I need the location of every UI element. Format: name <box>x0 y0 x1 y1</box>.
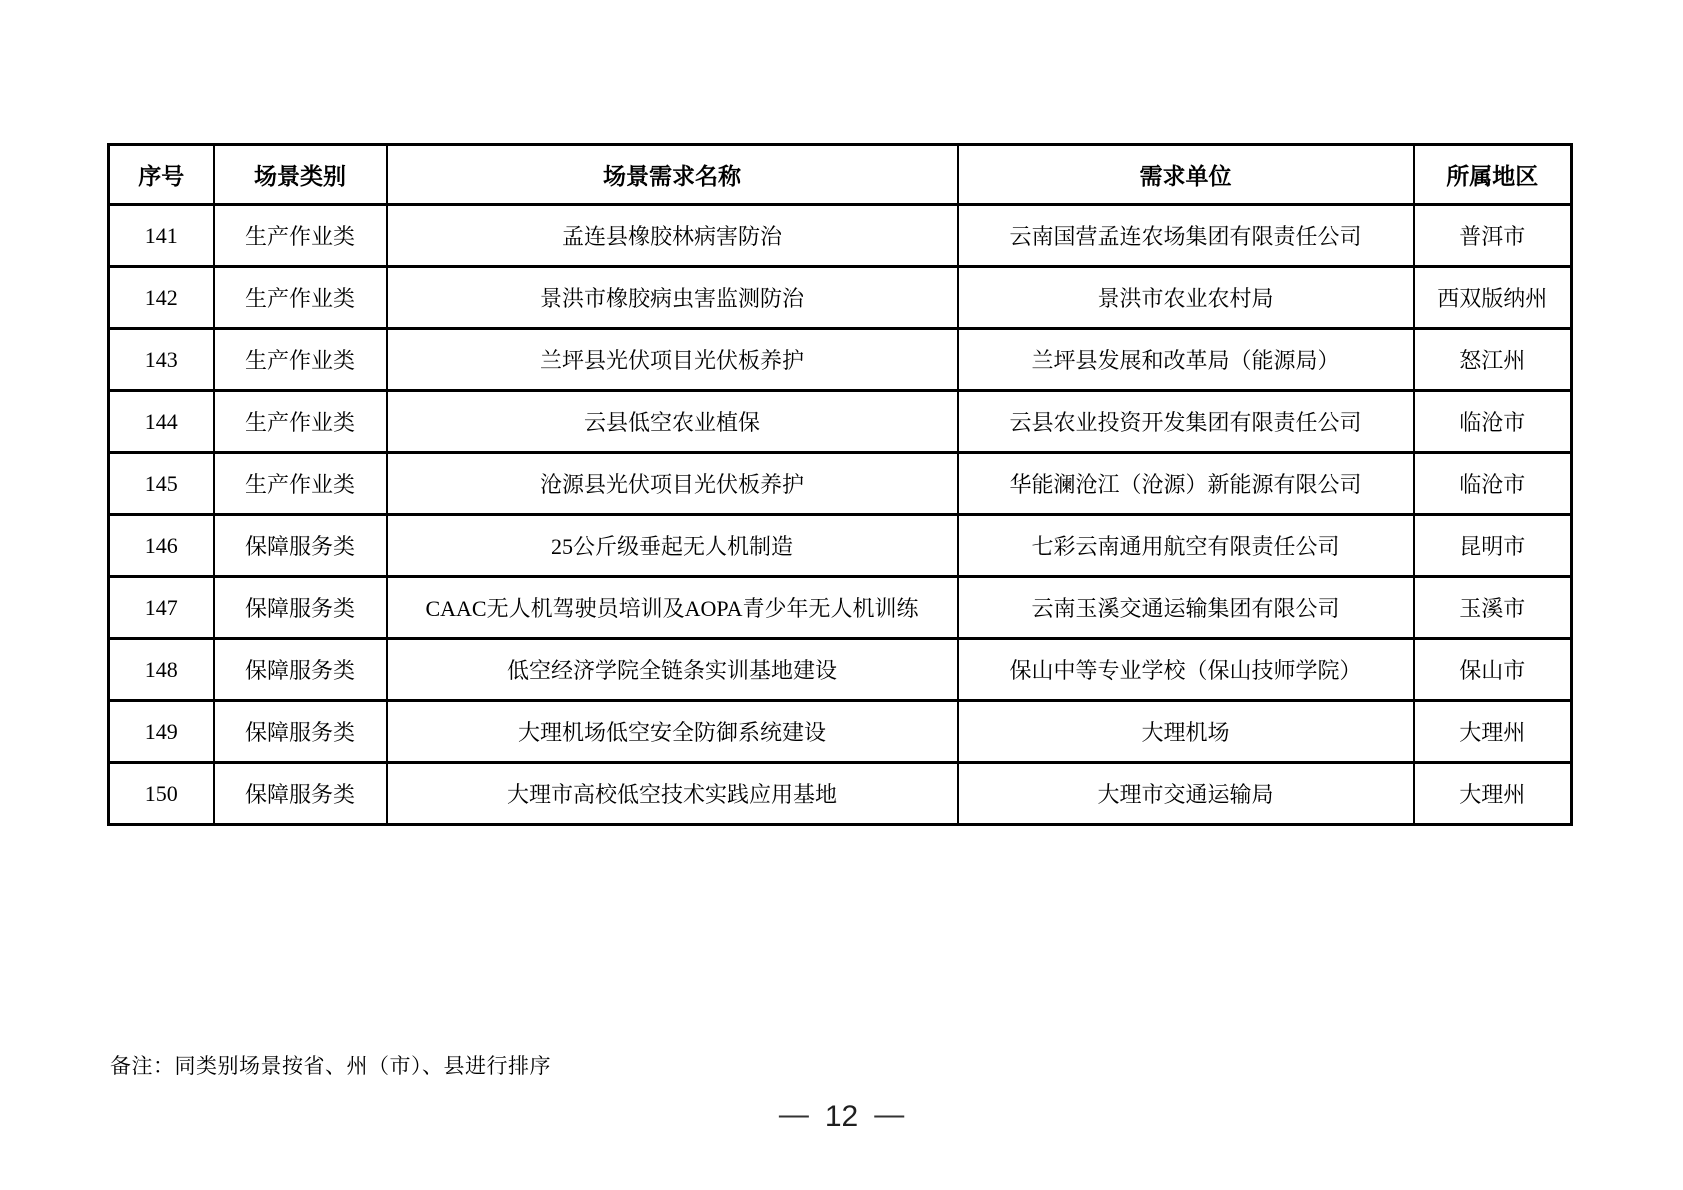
cell-serial-number: 143 <box>109 329 214 391</box>
cell-scene-category: 保障服务类 <box>214 639 387 701</box>
cell-scene-demand-name: CAAC无人机驾驶员培训及AOPA青少年无人机训练 <box>387 577 958 639</box>
cell-serial-number: 147 <box>109 577 214 639</box>
cell-scene-category: 生产作业类 <box>214 391 387 453</box>
cell-serial-number: 144 <box>109 391 214 453</box>
cell-demand-unit: 大理机场 <box>958 701 1414 763</box>
cell-region: 保山市 <box>1414 639 1572 701</box>
cell-region: 西双版纳州 <box>1414 267 1572 329</box>
cell-region: 临沧市 <box>1414 391 1572 453</box>
document-page: 序号 场景类别 场景需求名称 需求单位 所属地区 141生产作业类孟连县橡胶林病… <box>0 0 1683 1190</box>
cell-scene-category: 生产作业类 <box>214 453 387 515</box>
cell-region: 大理州 <box>1414 763 1572 825</box>
cell-scene-category: 保障服务类 <box>214 577 387 639</box>
cell-region: 普洱市 <box>1414 205 1572 267</box>
cell-serial-number: 141 <box>109 205 214 267</box>
cell-scene-demand-name: 25公斤级垂起无人机制造 <box>387 515 958 577</box>
cell-demand-unit: 云南玉溪交通运输集团有限公司 <box>958 577 1414 639</box>
table-row: 149保障服务类大理机场低空安全防御系统建设大理机场大理州 <box>109 701 1572 763</box>
cell-demand-unit: 兰坪县发展和改革局（能源局） <box>958 329 1414 391</box>
table-row: 148保障服务类低空经济学院全链条实训基地建设保山中等专业学校（保山技师学院）保… <box>109 639 1572 701</box>
col-header-scene-category: 场景类别 <box>214 145 387 205</box>
cell-scene-category: 生产作业类 <box>214 329 387 391</box>
table-container: 序号 场景类别 场景需求名称 需求单位 所属地区 141生产作业类孟连县橡胶林病… <box>107 143 1573 826</box>
cell-scene-category: 生产作业类 <box>214 267 387 329</box>
cell-demand-unit: 七彩云南通用航空有限责任公司 <box>958 515 1414 577</box>
cell-scene-demand-name: 云县低空农业植保 <box>387 391 958 453</box>
cell-scene-demand-name: 孟连县橡胶林病害防治 <box>387 205 958 267</box>
table-row: 146保障服务类25公斤级垂起无人机制造七彩云南通用航空有限责任公司昆明市 <box>109 515 1572 577</box>
cell-scene-demand-name: 大理市高校低空技术实践应用基地 <box>387 763 958 825</box>
cell-scene-demand-name: 景洪市橡胶病虫害监测防治 <box>387 267 958 329</box>
cell-scene-demand-name: 沧源县光伏项目光伏板养护 <box>387 453 958 515</box>
cell-serial-number: 150 <box>109 763 214 825</box>
cell-scene-category: 保障服务类 <box>214 763 387 825</box>
cell-region: 怒江州 <box>1414 329 1572 391</box>
cell-region: 昆明市 <box>1414 515 1572 577</box>
page-number: —12— <box>0 1100 1683 1134</box>
cell-serial-number: 148 <box>109 639 214 701</box>
cell-demand-unit: 云南国营孟连农场集团有限责任公司 <box>958 205 1414 267</box>
cell-serial-number: 149 <box>109 701 214 763</box>
col-header-demand-unit: 需求单位 <box>958 145 1414 205</box>
cell-serial-number: 145 <box>109 453 214 515</box>
col-header-scene-demand-name: 场景需求名称 <box>387 145 958 205</box>
footnote: 备注：同类别场景按省、州（市）、县进行排序 <box>110 1050 551 1080</box>
cell-demand-unit: 云县农业投资开发集团有限责任公司 <box>958 391 1414 453</box>
cell-scene-category: 保障服务类 <box>214 515 387 577</box>
table-row: 144生产作业类云县低空农业植保云县农业投资开发集团有限责任公司临沧市 <box>109 391 1572 453</box>
scene-demand-table: 序号 场景类别 场景需求名称 需求单位 所属地区 141生产作业类孟连县橡胶林病… <box>107 143 1573 826</box>
cell-demand-unit: 大理市交通运输局 <box>958 763 1414 825</box>
cell-serial-number: 142 <box>109 267 214 329</box>
cell-scene-category: 生产作业类 <box>214 205 387 267</box>
cell-serial-number: 146 <box>109 515 214 577</box>
page-number-dash-right: — <box>874 1098 904 1132</box>
cell-scene-demand-name: 大理机场低空安全防御系统建设 <box>387 701 958 763</box>
col-header-region: 所属地区 <box>1414 145 1572 205</box>
col-header-serial-number: 序号 <box>109 145 214 205</box>
table-row: 143生产作业类兰坪县光伏项目光伏板养护兰坪县发展和改革局（能源局）怒江州 <box>109 329 1572 391</box>
table-header-row: 序号 场景类别 场景需求名称 需求单位 所属地区 <box>109 145 1572 205</box>
cell-scene-demand-name: 兰坪县光伏项目光伏板养护 <box>387 329 958 391</box>
cell-region: 大理州 <box>1414 701 1572 763</box>
table-row: 150保障服务类大理市高校低空技术实践应用基地大理市交通运输局大理州 <box>109 763 1572 825</box>
table-row: 142生产作业类景洪市橡胶病虫害监测防治景洪市农业农村局西双版纳州 <box>109 267 1572 329</box>
table-row: 145生产作业类沧源县光伏项目光伏板养护华能澜沧江（沧源）新能源有限公司临沧市 <box>109 453 1572 515</box>
table-row: 147保障服务类CAAC无人机驾驶员培训及AOPA青少年无人机训练云南玉溪交通运… <box>109 577 1572 639</box>
page-number-value: 12 <box>825 1100 858 1133</box>
cell-region: 临沧市 <box>1414 453 1572 515</box>
cell-scene-demand-name: 低空经济学院全链条实训基地建设 <box>387 639 958 701</box>
cell-demand-unit: 保山中等专业学校（保山技师学院） <box>958 639 1414 701</box>
page-number-dash-left: — <box>779 1098 809 1132</box>
cell-scene-category: 保障服务类 <box>214 701 387 763</box>
cell-region: 玉溪市 <box>1414 577 1572 639</box>
table-row: 141生产作业类孟连县橡胶林病害防治云南国营孟连农场集团有限责任公司普洱市 <box>109 205 1572 267</box>
cell-demand-unit: 华能澜沧江（沧源）新能源有限公司 <box>958 453 1414 515</box>
cell-demand-unit: 景洪市农业农村局 <box>958 267 1414 329</box>
